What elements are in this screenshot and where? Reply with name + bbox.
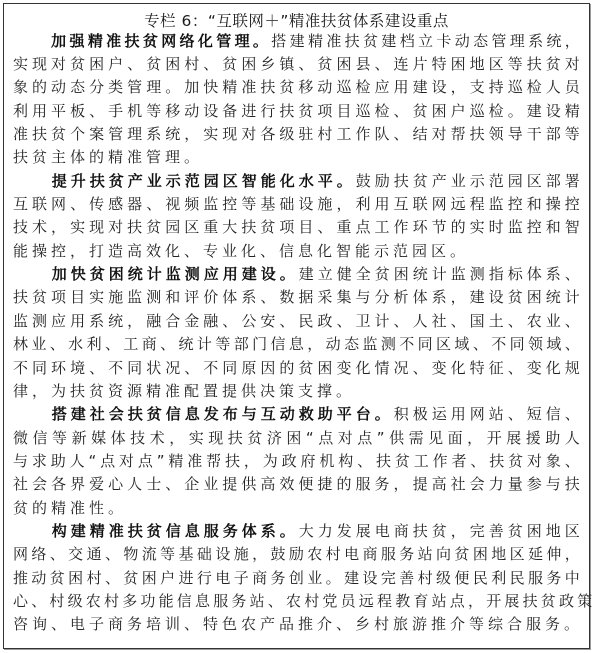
paragraph-line: 技术，实现对扶贫园区重大扶贫项目、重点工作环节的实时监控和智 xyxy=(13,216,583,239)
paragraph-line: 与求助人“点对点”精准帮扶，为政府机构、扶贫工作者、扶贫对象、 xyxy=(13,450,583,473)
paragraph-line: 象的动态分类管理。加快精准扶贫移动巡检应用建设，支持巡检人员 xyxy=(13,76,583,99)
paragraph-line: 构建精准扶贫信息服务体系。大力发展电商扶贫，完善贫困地区 xyxy=(13,520,583,543)
paragraph-line: 监测应用系统，融合金融、公安、民政、卫计、人社、国土、农业、 xyxy=(13,310,583,333)
paragraph-heading: 提升扶贫产业示范园区智能化水平。 xyxy=(51,172,356,190)
paragraph-line: 加快贫困统计监测应用建设。建立健全贫困统计监测指标体系、 xyxy=(13,263,583,286)
paragraph-line: 提升扶贫产业示范园区智能化水平。鼓励扶贫产业示范园区部署 xyxy=(13,170,583,193)
paragraph-line: 林业、水利、工商、统计等部门信息，动态监测不同区域、不同领域、 xyxy=(13,333,583,356)
paragraph-line: 互联网、传感器、视频监控等基础设施，利用互联网远程监控和操控 xyxy=(13,193,583,216)
paragraph-line: 实现对贫困户、贫困村、贫困乡镇、贫困县、连片特困地区等扶贫对 xyxy=(13,53,583,76)
column-content: 加强精准扶贫网络化管理。搭建精准扶贫建档立卡动态管理系统， 实现对贫困户、贫困村… xyxy=(13,30,583,637)
paragraph-line: 扶贫项目实施监测和评价体系、数据采集与分析体系，建设贫困统计 xyxy=(13,286,583,309)
paragraph-heading: 加强精准扶贫网络化管理。 xyxy=(51,32,271,50)
paragraph-line: 心、村级农村多功能信息服务站、农村党员远程教育站点，开展扶贫政策 xyxy=(13,590,583,613)
paragraph-line: 网络、交通、物流等基础设施，鼓励农村电商服务站向贫困地区延伸， xyxy=(13,543,583,566)
paragraph-line: 社会各界爱心人士、企业提供高效便捷的服务，提高社会力量参与扶 xyxy=(13,473,583,496)
paragraph-heading: 搭建社会扶贫信息发布与互动救助平台。 xyxy=(51,405,394,423)
paragraph-line: 推动贫困村、贫困户进行电子商务创业。建设完善村级便民利民服务中 xyxy=(13,567,583,590)
paragraph-line: 贫的精准性。 xyxy=(13,497,583,520)
paragraph-line: 扶贫主体的精准管理。 xyxy=(13,146,583,169)
paragraph-line: 不同环境、不同状况、不同原因的贫困变化情况、变化特征、变化规 xyxy=(13,357,583,380)
paragraph-line: 搭建社会扶贫信息发布与互动救助平台。积极运用网站、短信、 xyxy=(13,403,583,426)
paragraph-line: 咨询、电子商务培训、特色农产品推介、乡村旅游推介等综合服务。 xyxy=(13,613,583,636)
paragraph-line: 加强精准扶贫网络化管理。搭建精准扶贫建档立卡动态管理系统， xyxy=(13,30,583,53)
paragraph-heading: 加快贫困统计监测应用建设。 xyxy=(51,265,299,283)
paragraph-line: 律，为扶贫资源精准配置提供决策支撑。 xyxy=(13,380,583,403)
paragraph-line: 利用平板、手机等移动设备进行扶贫项目巡检、贫困户巡检。建设精 xyxy=(13,100,583,123)
paragraph-line: 准扶贫个案管理系统，实现对各级驻村工作队、结对帮扶领导干部等 xyxy=(13,123,583,146)
paragraph-heading: 构建精准扶贫信息服务体系。 xyxy=(51,522,299,540)
paragraph-line: 微信等新媒体技术，实现扶贫济困“点对点”供需见面，开展援助人 xyxy=(13,427,583,450)
paragraph-line: 能操控，打造高效化、专业化、信息化智能示范园区。 xyxy=(13,240,583,263)
column-box: 专栏 6：“互联网＋”精准扶贫体系建设重点 加强精准扶贫网络化管理。搭建精准扶贫… xyxy=(3,3,590,649)
